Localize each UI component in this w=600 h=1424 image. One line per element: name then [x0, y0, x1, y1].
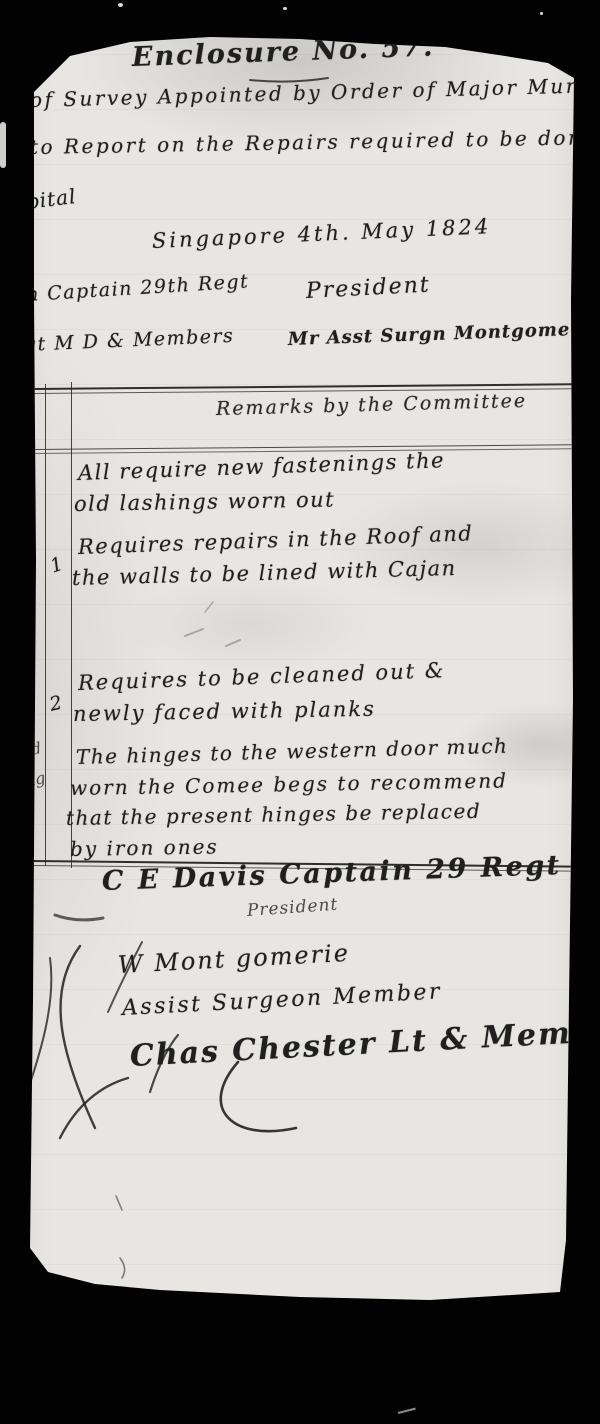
- margin-fragment-1: d: [30, 740, 43, 758]
- signature-president-title: President: [246, 897, 338, 920]
- signature-member1-title: Assist Surgeon Member: [121, 981, 442, 1020]
- scan-speck: [118, 3, 123, 7]
- table-rule-bottom: [33, 860, 573, 868]
- signature-president-name: C E Davis Captain 29 Regt: [102, 852, 563, 895]
- scanned-document-view: Enclosure No. 57. of Survey Appointed by…: [0, 0, 600, 1424]
- remark-row-1-number: 1: [48, 555, 65, 577]
- intro-line-3-fragment: pital: [25, 186, 78, 212]
- document-page: Enclosure No. 57. of Survey Appointed by…: [0, 0, 600, 1424]
- remark-row-3-line-3: by iron ones: [70, 836, 219, 859]
- table-vline-inner: [71, 382, 72, 868]
- enclosure-title: Enclosure No. 57.: [132, 33, 435, 71]
- table-rule-top-double: [33, 388, 573, 394]
- table-rule-top: [33, 383, 573, 390]
- margin-fragment-2: ng: [23, 770, 46, 790]
- scan-speck: [283, 7, 287, 10]
- table-rule-bottom-double: [33, 865, 573, 872]
- ink-flourishes: [0, 0, 600, 1424]
- table-vline-outer: [45, 384, 46, 866]
- dateline: Singapore 4th. May 1824: [152, 216, 492, 252]
- remark-row-2-number: 2: [48, 694, 64, 715]
- remark-row-3-line-0: The hinges to the western door much: [76, 736, 509, 767]
- table-rule-mid-double: [33, 448, 573, 454]
- scan-scratch: [398, 1408, 416, 1414]
- members-line-right: Mr Asst Surgn Montgomerie: [288, 320, 600, 349]
- intro-line-2: to Report on the Repairs required to be …: [30, 127, 598, 157]
- president-line-left: n Captain 29th Regt: [25, 272, 249, 305]
- remark-row-3-line-2: that the present hinges be replaced: [66, 801, 481, 828]
- remark-row-2-line-1: newly faced with planks: [73, 699, 376, 725]
- scan-edge-sliver: [0, 122, 6, 168]
- remark-row-0-line-1: old lashings worn out: [74, 489, 335, 515]
- remark-row-1-line-0: Requires repairs in the Roof and: [78, 523, 474, 558]
- remarks-header: Remarks by the Committee: [216, 392, 528, 419]
- president-line-right: President: [305, 274, 431, 303]
- remark-row-2-line-0: Requires to be cleaned out &: [78, 660, 446, 694]
- remark-row-3-line-1: worn the Comee begs to recommend: [70, 770, 508, 798]
- signature-member2-name: Chas Chester Lt & Member: [129, 1016, 600, 1072]
- signature-member1-name: W Mont gomerie: [117, 941, 350, 977]
- members-line-left: gt M D & Members: [24, 327, 235, 355]
- remark-row-0-line-0: All require new fastenings the: [78, 450, 446, 484]
- scan-speck: [540, 12, 543, 15]
- remark-row-1-line-1: the walls to be lined with Cajan: [72, 558, 457, 589]
- intro-line-1: of Survey Appointed by Order of Major Mu…: [30, 75, 600, 110]
- table-rule-mid: [33, 444, 573, 450]
